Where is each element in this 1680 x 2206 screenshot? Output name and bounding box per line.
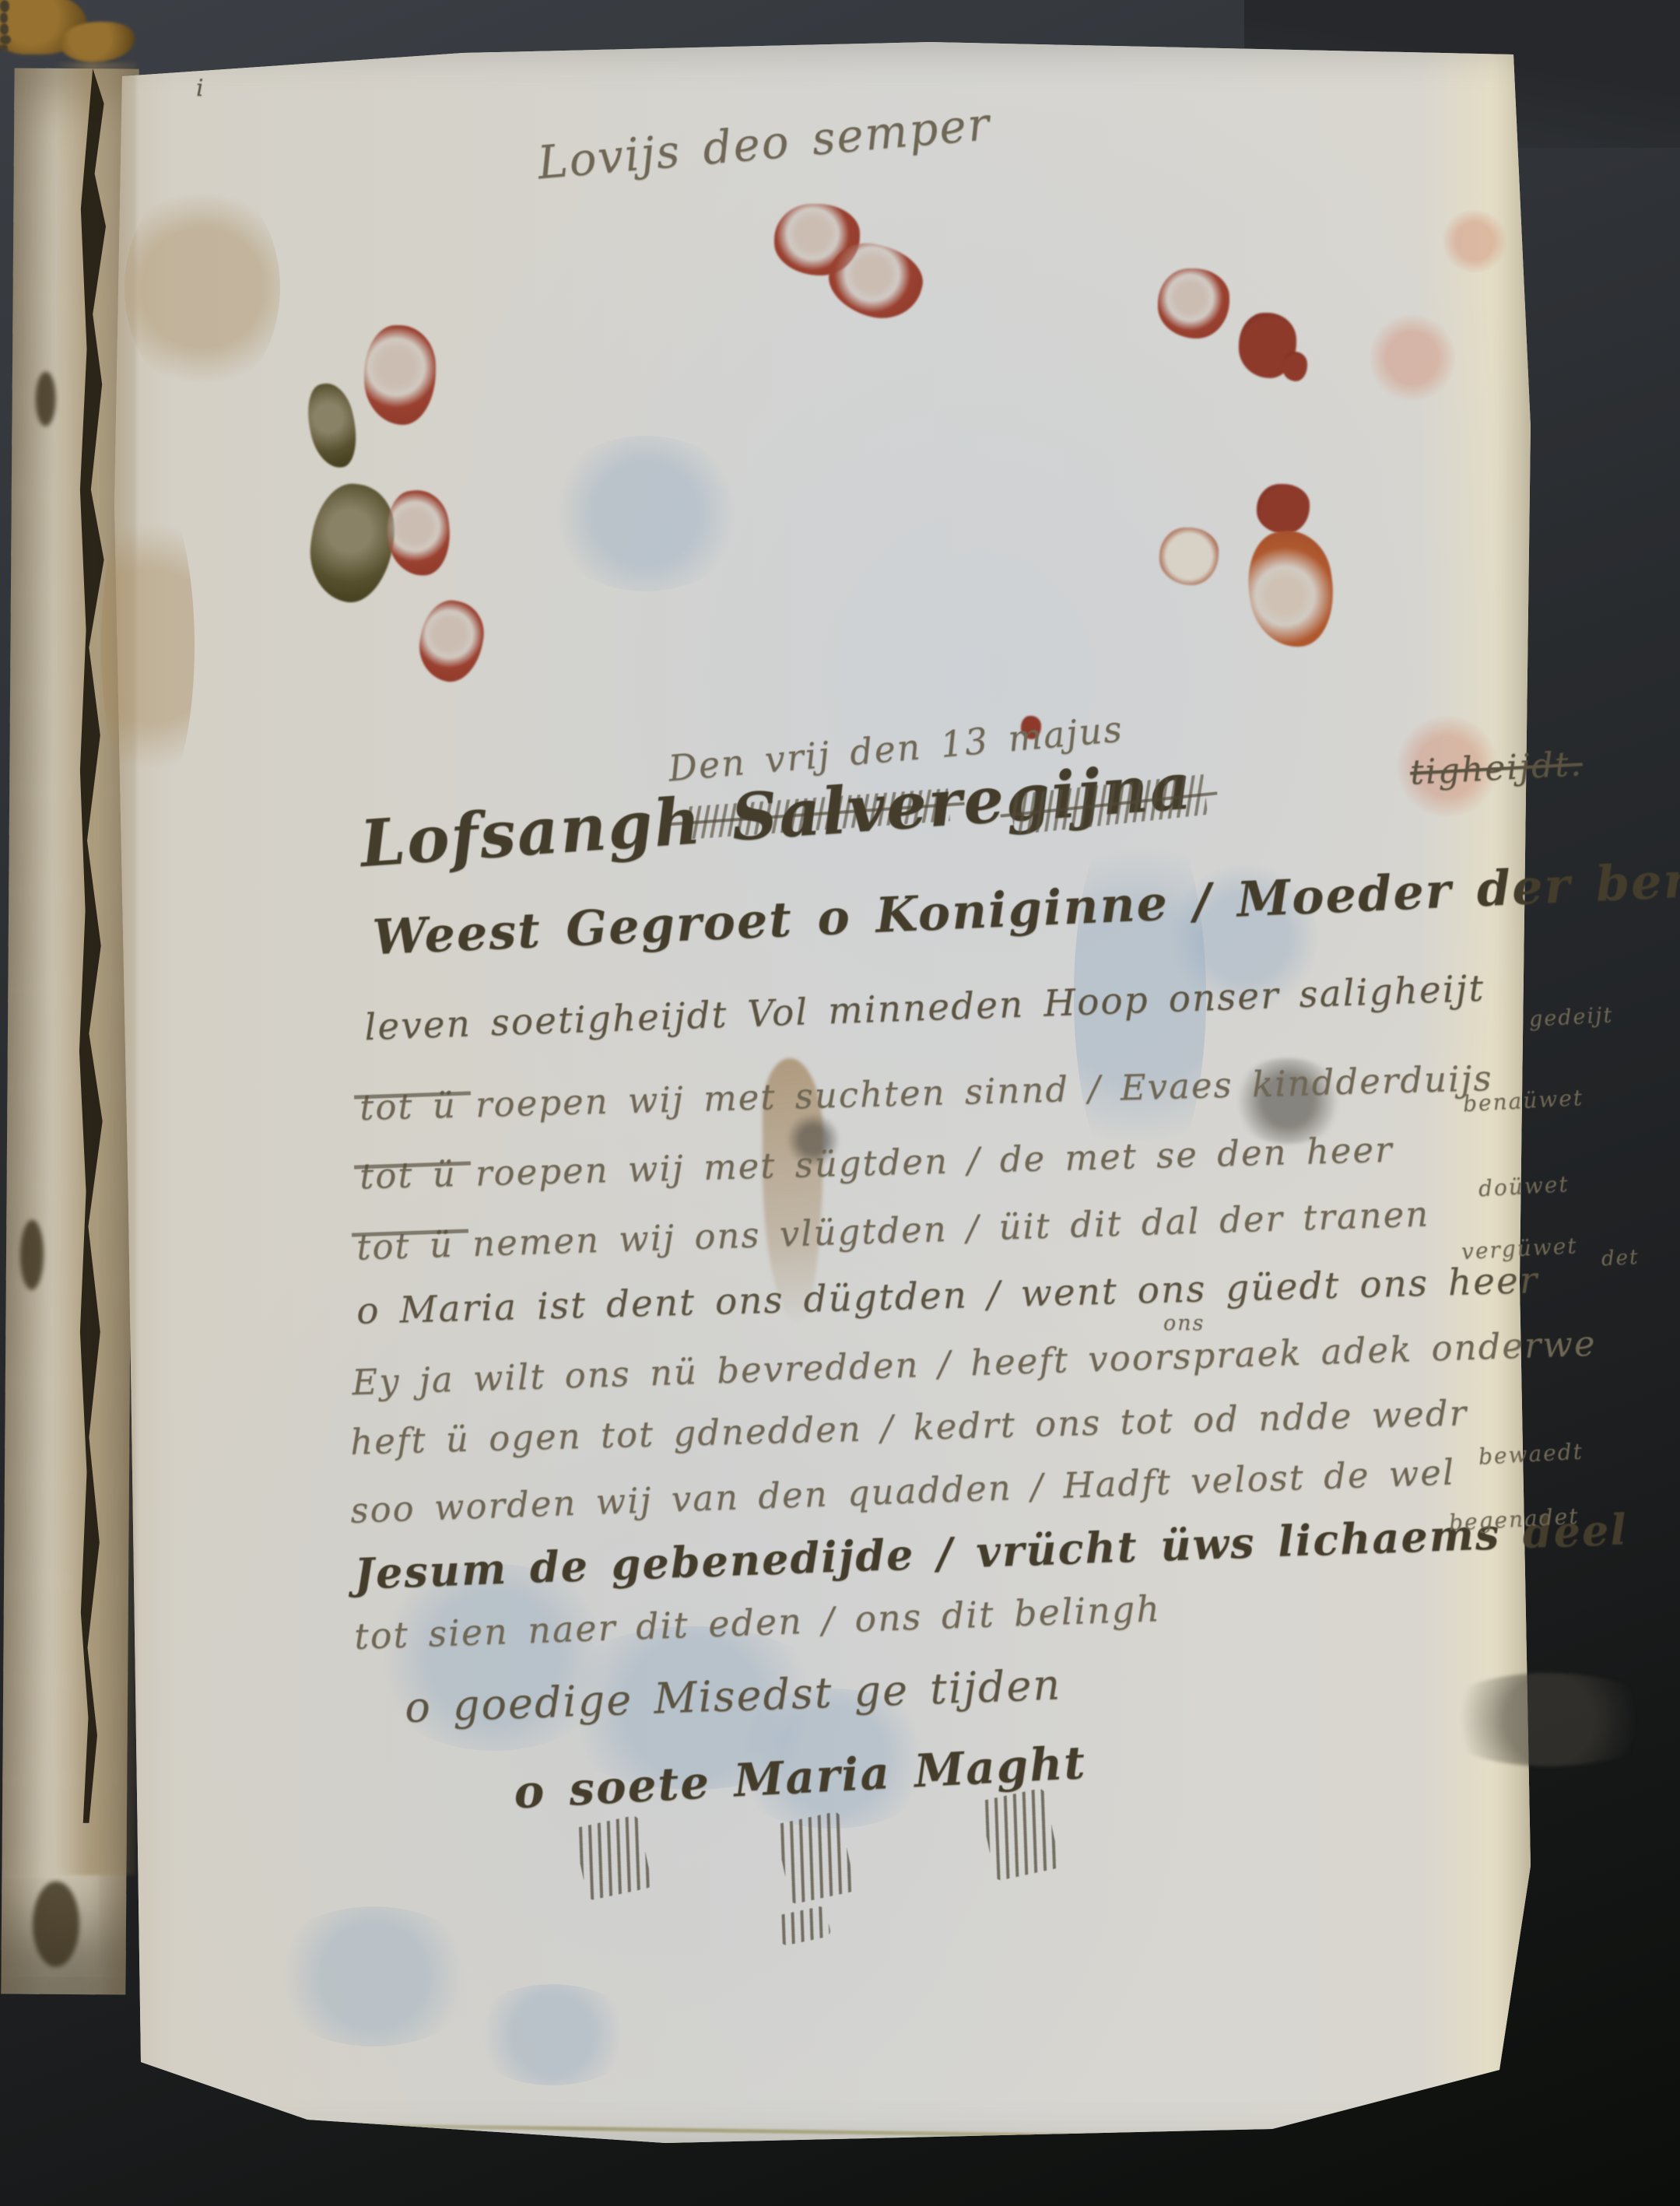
wax-seal <box>1158 268 1229 338</box>
soot-speck <box>0 0 9 12</box>
wax-seal <box>1282 352 1307 381</box>
fragment-tigheijdt: tigheijdt. <box>1409 744 1584 793</box>
soot-speck <box>0 35 11 44</box>
soot-speck <box>0 23 9 35</box>
spine-stain <box>35 372 55 426</box>
folio-mark: i <box>196 75 205 102</box>
page-bottom-edge-highlight <box>198 2121 1513 2144</box>
wash-stain <box>467 1984 638 2085</box>
spine-stain <box>33 1882 80 1967</box>
wax-seal <box>364 325 436 425</box>
faded-wax-residue <box>1440 210 1510 272</box>
soot-speck <box>0 12 8 23</box>
manuscript-photo: i Lovijs deo semper Den vrij den 13 maju… <box>0 0 1680 2206</box>
soot-speck <box>0 44 8 52</box>
faded-wax-residue <box>1370 311 1455 405</box>
wax-seal <box>1159 528 1219 585</box>
interlinear-word: ons <box>1163 1311 1205 1335</box>
spine-stain <box>20 1220 44 1290</box>
margin-word: vergüwet <box>1461 1233 1578 1264</box>
wash-stain <box>265 1906 482 2046</box>
margin-word: bewaedt <box>1478 1438 1584 1469</box>
margin-word: benaüwet <box>1462 1085 1584 1117</box>
water-stain <box>101 482 195 809</box>
margin-word: gedeijt <box>1528 1003 1614 1032</box>
water-stain <box>125 179 280 397</box>
wax-seal <box>1257 484 1310 534</box>
margin-word: doüwet <box>1478 1171 1570 1201</box>
margin-word: det <box>1601 1246 1640 1271</box>
wash-stain <box>545 436 747 591</box>
ink-smudge <box>1432 1673 1665 1766</box>
binding-leather-fragment <box>61 22 135 62</box>
